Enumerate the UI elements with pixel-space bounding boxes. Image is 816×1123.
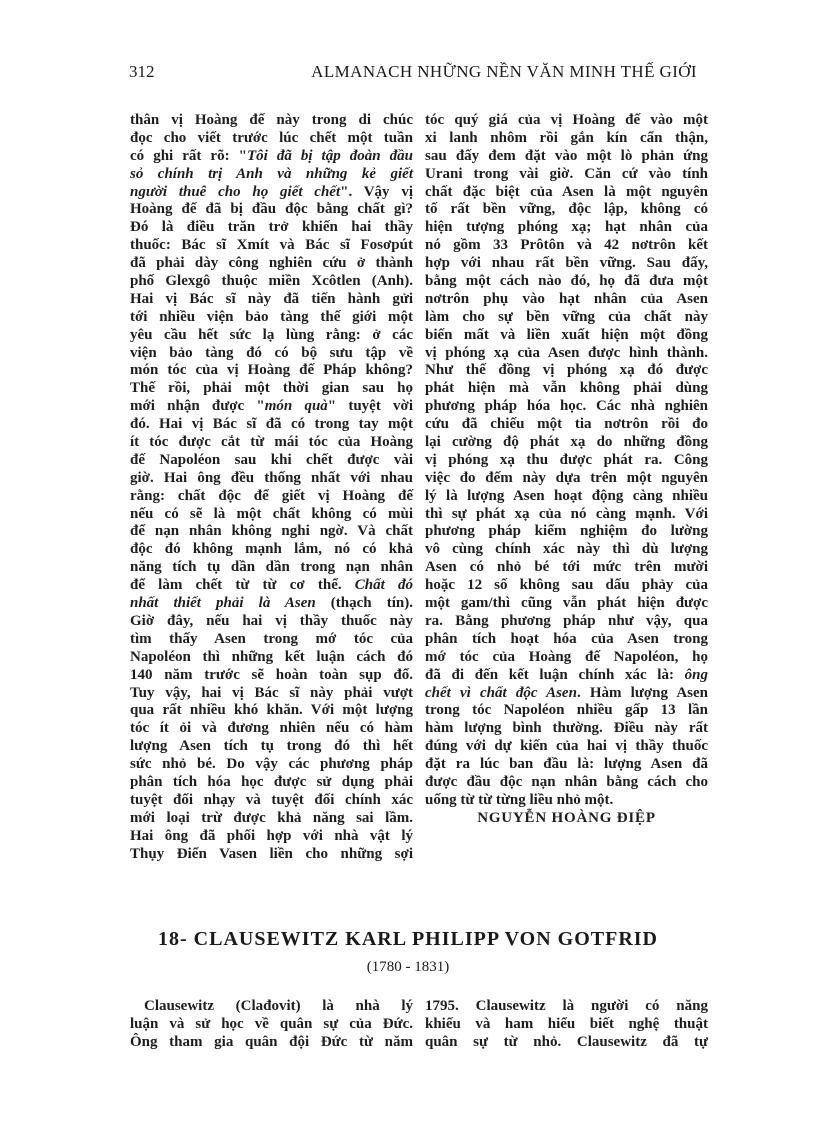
text-line: phân tích hoạt hóa của Asen trong	[425, 631, 708, 649]
text-line: qua rất nhiều khó khăn. Với một lượng	[130, 702, 413, 720]
section-title: 18- CLAUSEWITZ KARL PHILIPP VON GOTFRID	[120, 928, 696, 951]
text-line-quote-end: người thuê cho họ giết chết". Vậy vị	[130, 184, 413, 202]
text-line: đọc cho viết trước lúc chết một tuần	[130, 130, 413, 148]
article-left-column: thân vị Hoàng đế này trong di chúc đọc c…	[130, 112, 413, 863]
text-line: được đầu độc nạn nhân bằng cách cho	[425, 774, 708, 792]
text-line: ra. Bằng phương pháp như vậy, qua	[425, 613, 708, 631]
text-line: đã phải dày công nghiên cứu ở thành	[130, 255, 413, 273]
section-dates: (1780 - 1831)	[120, 959, 696, 976]
text-line: làm cho sự bền vững của chất này	[425, 309, 708, 327]
text-line: phương pháp kiểm nghiệm đo lường	[425, 523, 708, 541]
text-line: phương pháp hóa học. Các nhà nghiên	[425, 398, 708, 416]
text-line: Thụy Điển Vasen liền cho những sợi	[130, 846, 413, 864]
text-line: tìm thấy Asen trong mớ tóc của	[130, 631, 413, 649]
section-right-column: 1795. Clausewitz là người có năng khiếu …	[425, 998, 708, 1052]
text-line: lý là lượng Asen hoạt động càng nhiều	[425, 488, 708, 506]
text-line: uống từ từ từng liều nhỏ một.	[425, 792, 708, 810]
text-line: xi lanh nhôm rồi gắn kín cẩn thận,	[425, 130, 708, 148]
text-line: sức nhỏ bé. Do vậy các phương pháp	[130, 756, 413, 774]
text-line-with-italic: chết vì chất độc Asen. Hàm lượng Asen	[425, 685, 708, 703]
text-line: rằng: chất độc để giết vị Hoàng đế	[130, 488, 413, 506]
text-line: đó. Hai vị Bác sĩ đã có trong tay một	[130, 416, 413, 434]
text-line: biến mất và liền xuất hiện một đồng	[425, 327, 708, 345]
text-line: hoặc 12 số không sau dấu phảy của	[425, 577, 708, 595]
text-line: Hai vị Bác sĩ này đã tiến hành gửi	[130, 291, 413, 309]
text-line: Hai ông đã phối hợp với nhà vật lý	[130, 828, 413, 846]
text-line: hợp với nhau rất bền vững. Sau đấy,	[425, 255, 708, 273]
text-line: Giờ đây, nếu hai vị thầy thuốc này	[130, 613, 413, 631]
text-line: Urani trong vài giờ. Căn cứ vào tính	[425, 166, 708, 184]
text-line: Napoléon thì những kết luận cách đó	[130, 649, 413, 667]
text-line: mớ tóc của Hoàng đế Napoléon, họ	[425, 649, 708, 667]
text-line: đúng với dự kiến của hai vị thầy thuốc	[425, 738, 708, 756]
text-line: tóc quý giá của vị Hoàng đế vào một	[425, 112, 708, 130]
text-line: phố Glexgô thuộc miền Xcôtlen (Anh).	[130, 273, 413, 291]
text-line: phát hiện mà vẫn không phải dùng	[425, 380, 708, 398]
text-line: Thế rồi, phải một thời gian sau họ	[130, 380, 413, 398]
text-line: sau đấy đem đặt vào một lò phản ứng	[425, 148, 708, 166]
text-line: Như thế đồng vị phóng xạ đó được	[425, 362, 708, 380]
text-line: năng tích tụ dần dần trong nạn nhân	[130, 559, 413, 577]
text-line: món tóc của vị Hoàng đế Pháp không?	[130, 362, 413, 380]
text-line: độc đó không mạnh lắm, nó có khả	[130, 541, 413, 559]
text-line: lượng Asen tích tụ trong đó thì hết	[130, 738, 413, 756]
text-line: nó gồm 33 Prôtôn và 42 nơtrôn kết	[425, 237, 708, 255]
text-line: chất đặc biệt của Asen là một nguyên	[425, 184, 708, 202]
text-line-with-italic: đã đi đến kết luận chính xác là: ông	[425, 667, 708, 685]
text-line: trong tóc Napoléon nhiều gấp 13 lần	[425, 702, 708, 720]
text-line: để nạn nhân không nghi ngờ. Và chất	[130, 523, 413, 541]
text-line-with-quote: có ghi rất rõ: "Tôi đã bị tập đoàn đầu	[130, 148, 413, 166]
text-line: quân sự từ nhỏ. Clausewitz đã tự	[425, 1034, 708, 1052]
text-line: đế Napoléon sau khi chết được vài	[130, 452, 413, 470]
section-left-column: Clausewitz (Clađovit) là nhà lý luận và …	[130, 998, 413, 1052]
text-line: Tuy vậy, hai vị Bác sĩ này phải vượt	[130, 685, 413, 703]
text-line: ít tóc được cắt từ mái tóc của Hoàng	[130, 434, 413, 452]
text-line: Clausewitz (Clađovit) là nhà lý	[130, 998, 413, 1016]
text-line: tố rất bền vững, độc lập, không có	[425, 201, 708, 219]
text-line: Ông tham gia quân đội Đức từ năm	[130, 1034, 413, 1052]
text-line: vị phóng xạ của Asen được hình thành.	[425, 345, 708, 363]
text-line: thuốc: Bác sĩ Xmít và Bác sĩ Fosơpút	[130, 237, 413, 255]
text-line: tới nhiều viện bảo tàng thế giới một	[130, 309, 413, 327]
text-line: Asen có nhỏ bé tới mức trên mười	[425, 559, 708, 577]
text-line: 140 năm trước sẽ hoàn toàn sụp đổ.	[130, 667, 413, 685]
article-author: NGUYỄN HOÀNG ĐIỆP	[425, 810, 708, 828]
text-line: khiếu và ham hiểu biết nghệ thuật	[425, 1016, 708, 1034]
text-line: hàm lượng bình thường. Điều này rất	[425, 720, 708, 738]
text-line-with-italic: nhất thiết phải là Asen (thạch tín).	[130, 595, 413, 613]
text-line: vị phóng xạ thu được phát ra. Công	[425, 452, 708, 470]
text-line: tóc ít ỏi và đương nhiên nếu có hàm	[130, 720, 413, 738]
text-line: nơtrôn phụ vào hạt nhân của Asen	[425, 291, 708, 309]
running-title: ALMANACH NHỮNG NỀN VĂN MINH THẾ GIỚI	[311, 62, 697, 82]
article-right-column: tóc quý giá của vị Hoàng đế vào một xi l…	[425, 112, 708, 828]
text-line-with-italic: để làm chết từ từ cơ thể. Chất đó	[130, 577, 413, 595]
text-line: cứu đã chiếu một tia nơtrôn rồi đo	[425, 416, 708, 434]
text-line-quote: sỏ chính trị Anh và những kẻ giết	[130, 166, 413, 184]
text-line: tuyệt đối nhạy và tuyệt đối chính xác	[130, 792, 413, 810]
page-number: 312	[129, 62, 155, 82]
text-line: giờ. Hai ông đều thống nhất với nhau	[130, 470, 413, 488]
text-line: việc đo đếm này dựa trên một nguyên	[425, 470, 708, 488]
text-line: thân vị Hoàng đế này trong di chúc	[130, 112, 413, 130]
text-line: viện bảo tàng đó có bộ sưu tập về	[130, 345, 413, 363]
text-line: hiện tượng phóng xạ; hạt nhân của	[425, 219, 708, 237]
text-line: bằng một cách nào đó, họ đã đưa một	[425, 273, 708, 291]
text-line: phân tích hóa học được sử dụng phải	[130, 774, 413, 792]
text-line: 1795. Clausewitz là người có năng	[425, 998, 708, 1016]
text-line-with-quote: mới nhận được "món quà" tuyệt vời	[130, 398, 413, 416]
text-line: yêu cầu hết sức lạ lùng rằng: ở các	[130, 327, 413, 345]
text-line: lại cường độ phát xạ do những đồng	[425, 434, 708, 452]
text-line: Hoàng đế đã bị đầu độc bằng chất gì?	[130, 201, 413, 219]
text-line: đặt ra lúc ban đầu là: lượng Asen đã	[425, 756, 708, 774]
text-line: thì sự phát xạ của nó càng mạnh. Với	[425, 506, 708, 524]
text-line: vô cùng chính xác này thì dù lượng	[425, 541, 708, 559]
text-line: một gam/thì cũng vẫn phát hiện được	[425, 595, 708, 613]
text-line: luận và sử học về quân sự của Đức.	[130, 1016, 413, 1034]
text-line: nếu có sẽ là một chất không có mùi	[130, 506, 413, 524]
text-line: mới loại trừ được khả năng sai lầm.	[130, 810, 413, 828]
page-header: 312 ALMANACH NHỮNG NỀN VĂN MINH THẾ GIỚI	[129, 62, 697, 86]
text-line: Đó là điều trăn trở khiến hai thầy	[130, 219, 413, 237]
